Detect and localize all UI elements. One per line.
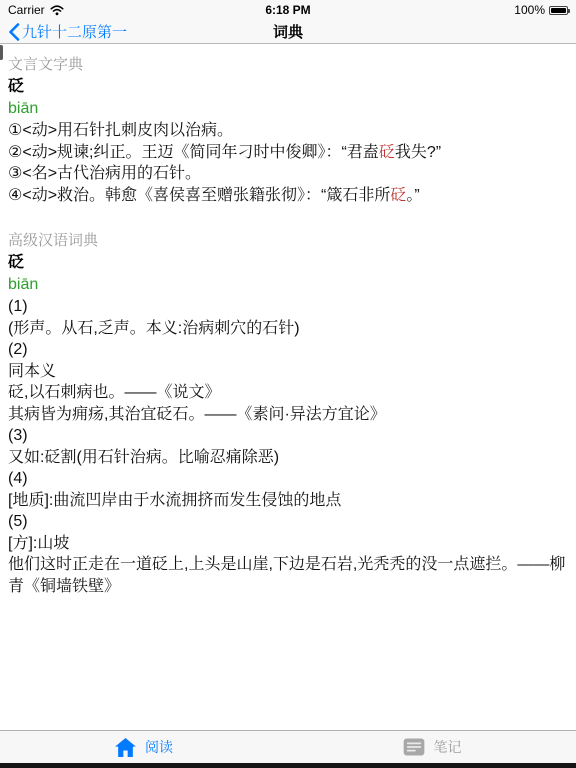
notes-icon bbox=[403, 738, 425, 756]
nav-bar: 词典 九针十二原第一 bbox=[0, 20, 576, 44]
definition-line: ③<名>古代治病用的石针。 bbox=[8, 163, 568, 185]
definition-line: 他们这时正走在一道砭上,上头是山崖,下边是石岩,光秃秃的没一点遮拦。——柳青《铜… bbox=[8, 554, 568, 597]
wifi-icon bbox=[50, 4, 64, 16]
pinyin: biān bbox=[8, 98, 568, 120]
status-time: 6:18 PM bbox=[0, 3, 576, 17]
highlighted-headword: 砭 bbox=[379, 144, 395, 161]
definition-line: ④<动>救治。韩愈《喜侯喜至赠张籍张彻》：“箴石非所砭。” bbox=[8, 185, 568, 207]
tab-reading-label: 阅读 bbox=[145, 737, 173, 757]
definition-line: ①<动>用石针扎刺皮肉以治病。 bbox=[8, 120, 568, 142]
status-bar: Carrier 6:18 PM 100% bbox=[0, 0, 576, 20]
dict-section: 高级汉语词典砭biān(1)(形声。从石,乏声。本义:治病刺穴的石针)(2)同本… bbox=[8, 230, 568, 597]
battery-percent: 100% bbox=[514, 3, 545, 17]
dict-section: 文言文字典砭biān①<动>用石针扎刺皮肉以治病。②<动>规谏;纠正。王迈《简同… bbox=[8, 54, 568, 206]
highlighted-headword: 砭 bbox=[390, 187, 406, 204]
definition-line: [地质]:曲流凹岸由于水流拥挤而发生侵蚀的地点 bbox=[8, 490, 568, 512]
text-segment: 。” bbox=[406, 187, 419, 204]
tab-notes[interactable]: 笔记 bbox=[288, 737, 576, 757]
text-segment: ②<动>规谏;纠正。王迈《简同年刁时中俊卿》：“君盍 bbox=[8, 144, 379, 161]
bottom-bezel bbox=[0, 763, 576, 768]
definition-line: (5) bbox=[8, 511, 568, 533]
definition-line: (3) bbox=[8, 425, 568, 447]
dictionary-name: 高级汉语词典 bbox=[8, 230, 568, 252]
tab-notes-label: 笔记 bbox=[434, 737, 462, 757]
battery-icon bbox=[549, 6, 568, 15]
back-button-label: 九针十二原第一 bbox=[22, 21, 127, 42]
dictionary-content: 文言文字典砭biān①<动>用石针扎刺皮肉以治病。②<动>规谏;纠正。王迈《简同… bbox=[0, 44, 576, 730]
definition-line: (1) bbox=[8, 296, 568, 318]
tab-bar: 阅读 笔记 bbox=[0, 730, 576, 763]
pinyin: biān bbox=[8, 274, 568, 296]
tab-reading[interactable]: 阅读 bbox=[0, 737, 288, 757]
definition-line: [方]:山坡 bbox=[8, 533, 568, 555]
headword: 砭 bbox=[8, 252, 568, 274]
definition-line: 其病皆为痈疡,其治宜砭石。——《素问·异法方宜论》 bbox=[8, 404, 568, 426]
definition-line: 同本义 bbox=[8, 361, 568, 383]
definition-line: 砭,以石刺病也。——《说文》 bbox=[8, 382, 568, 404]
back-button[interactable]: 九针十二原第一 bbox=[8, 21, 127, 42]
definition-line: 又如:砭割(用石针治病。比喻忍痛除恶) bbox=[8, 447, 568, 469]
dict-sections: 文言文字典砭biān①<动>用石针扎刺皮肉以治病。②<动>规谏;纠正。王迈《简同… bbox=[8, 54, 568, 597]
definition-line: (形声。从石,乏声。本义:治病刺穴的石针) bbox=[8, 318, 568, 340]
home-icon bbox=[115, 738, 136, 757]
scroll-indicator bbox=[0, 45, 3, 60]
text-segment: 我失?” bbox=[395, 144, 441, 161]
definition-line: ②<动>规谏;纠正。王迈《简同年刁时中俊卿》：“君盍砭我失?” bbox=[8, 142, 568, 164]
chevron-left-icon bbox=[8, 23, 20, 41]
definition-line: (2) bbox=[8, 339, 568, 361]
headword: 砭 bbox=[8, 76, 568, 98]
text-segment: ④<动>救治。韩愈《喜侯喜至赠张籍张彻》：“箴石非所 bbox=[8, 187, 390, 204]
carrier-label: Carrier bbox=[8, 3, 45, 17]
definition-line: (4) bbox=[8, 468, 568, 490]
dictionary-name: 文言文字典 bbox=[8, 54, 568, 76]
